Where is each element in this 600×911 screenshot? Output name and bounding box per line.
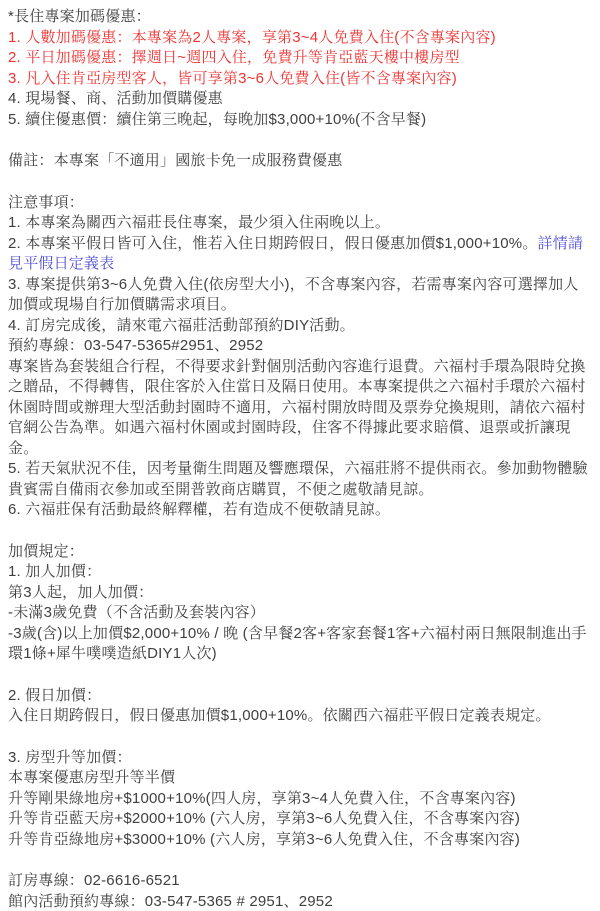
terms-document: *長住專案加碼優惠： 1. 人數加碼優惠：本專案為2人專案，享第3~4人免費入住… <box>0 0 600 911</box>
note-free-extra-guests: 3. 專案提供第3~6人免費入住(依房型大小)，不含專案內容，若需專案內容可選擇… <box>8 275 592 316</box>
reservation-hotline: 預約專線：03-547-5365#2951、2952 <box>8 336 592 357</box>
extra-person-under-3-free: -未滿3歲免費（不含活動及套裝內容） <box>8 603 592 624</box>
holiday-surcharge-title: 2. 假日加價： <box>8 686 592 707</box>
longstay-promo-section: *長住專案加碼優惠： 1. 人數加碼優惠：本專案為2人專案，享第3~4人免費入住… <box>8 7 592 130</box>
note-diy-booking: 4. 訂房完成後，請來電六福莊活動部預約DIY活動。 <box>8 316 592 337</box>
promo-item-kenya-room: 3. 凡入住肯亞房型客人，皆可享第3~6人免費入住(皆不含專案內容) <box>8 69 592 90</box>
note-holiday-surcharge-text: 2. 本專案平假日皆可入住，惟若入住日期跨假日，假日優惠加價$1,000+10%… <box>8 235 538 252</box>
extra-person-title: 1. 加人加價： <box>8 562 592 583</box>
room-upgrade-half-price: 本專案優惠房型升等半價 <box>8 768 592 789</box>
note-holiday-surcharge: 2. 本專案平假日皆可入住，惟若入住日期跨假日，假日優惠加價$1,000+10%… <box>8 234 592 275</box>
promo-item-extended-stay: 5. 續住優惠價：續住第三晚起，每晚加$3,000+10%(不含早餐) <box>8 110 592 131</box>
promo-item-onsite-addon: 4. 現場餐、商、活動加價購優惠 <box>8 89 592 110</box>
surcharge-upgrade-section: 3. 房型升等加價： 本專案優惠房型升等半價 升等剛果綠地房+$1000+10%… <box>8 748 592 851</box>
holiday-surcharge-detail: 入住日期跨假日，假日優惠加價$1,000+10%。依關西六福莊平假日定義表規定。 <box>8 706 592 727</box>
contact-section: 訂房專線：02-6616-6521 館內活動預約專線：03-547-5365 #… <box>8 871 592 911</box>
upgrade-kenya-blue: 升等肯亞藍天房+$2000+10% (六人房，享第3~6人免費入住，不含專案內容… <box>8 809 592 830</box>
surcharge-holiday-section: 2. 假日加價： 入住日期跨假日，假日優惠加價$1,000+10%。依關西六福莊… <box>8 686 592 727</box>
note-raincoat: 5. 若天氣狀況不佳，因考量衛生問題及響應環保，六福莊將不提供雨衣。參加動物體驗… <box>8 459 592 500</box>
surcharge-extra-person-section: 加價規定： 1. 加人加價： 第3人起，加人加價： -未滿3歲免費（不含活動及套… <box>8 542 592 665</box>
promo-heading: *長住專案加碼優惠： <box>8 7 592 28</box>
extra-person-over-3-price: -3歲(含)以上加價$2,000+10% / 晚 (含早餐2客+客家套餐1客+六… <box>8 624 592 665</box>
notes-section: 注意事項： 1. 本專案為關西六福莊長住專案，最少須入住兩晚以上。 2. 本專案… <box>8 193 592 521</box>
promo-item-headcount: 1. 人數加碼優惠：本專案為2人專案，享第3~4人免費入住(不含專案內容) <box>8 28 592 49</box>
upgrade-congo-green: 升等剛果綠地房+$1000+10%(四人房，享第3~4人免費入住，不含專案內容) <box>8 789 592 810</box>
booking-hotline: 訂房專線：02-6616-6521 <box>8 871 592 892</box>
remark-section: 備註：本專案「不適用」國旅卡免一成服務費優惠 <box>8 151 592 172</box>
promo-item-weekday: 2. 平日加碼優惠：擇週日~週四入住，免費升等肯亞藍天樓中樓房型 <box>8 48 592 69</box>
room-upgrade-title: 3. 房型升等加價： <box>8 748 592 769</box>
activity-hotline: 館內活動預約專線：03-547-5365 # 2951、2952 <box>8 892 592 911</box>
note-min-stay: 1. 本專案為關西六福莊長住專案，最少須入住兩晚以上。 <box>8 213 592 234</box>
note-final-interpretation: 6. 六福莊保有活動最終解釋權，若有造成不便敬請見諒。 <box>8 500 592 521</box>
notes-heading: 注意事項： <box>8 193 592 214</box>
package-terms-paragraph: 專案皆為套裝組合行程，不得要求針對個別活動內容進行退費。六福村手環為限時兌換之贈… <box>8 357 592 460</box>
extra-person-from-third: 第3人起，加人加價： <box>8 583 592 604</box>
surcharge-heading: 加價規定： <box>8 542 592 563</box>
remark-line: 備註：本專案「不適用」國旅卡免一成服務費優惠 <box>8 151 592 172</box>
upgrade-kenya-green: 升等肯亞綠地房+$3000+10% (六人房，享第3~6人免費入住，不含專案內容… <box>8 830 592 851</box>
